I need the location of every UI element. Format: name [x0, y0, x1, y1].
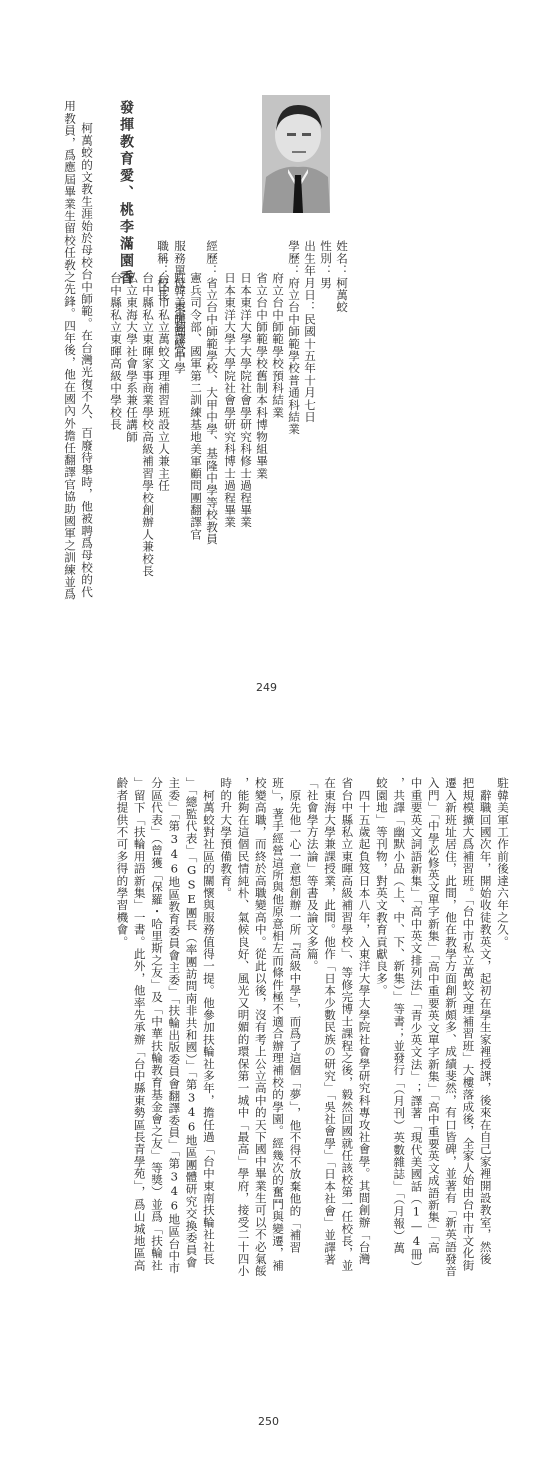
body-column: 入門」「中學必修英文單字新集」「高中重要英文單字新集」「高中重要英文成語新集」「… — [427, 777, 441, 1254]
body-column: 四十五歲起負笈日本八年，入東洋大學大學院社會學研究科專攻社會學。其間創辦「台灣 — [358, 777, 372, 1265]
body-column: 中重要英文詞語新集」「高中英文排列法」「青少英文法」；譯著「現代美國話（1—4冊… — [410, 777, 424, 1273]
body-column: 齡者提供不可多得的學習機會。 — [115, 777, 129, 948]
page-250: 駐韓美軍工作前後達六年之久。 辭職回國次年，開始收徒教英文，起初在學生家裡授課，… — [0, 737, 546, 1474]
profile-experience-line: 台中縣私立東暉高級中學校長 — [109, 272, 123, 431]
body-column: 柯萬蛟的文教生涯始於母校台中師範。在台灣光復不久、百廢待舉時，他被聘爲母校的代 — [80, 122, 94, 598]
profile-education-line: 府立台中師範學校預科結業 — [271, 272, 285, 418]
portrait-photo — [262, 95, 330, 213]
body-column: 遷入新班址居住，此間，他在教學方面創新頗多、成績斐然，有口皆碑，並著有「新英語發… — [444, 777, 458, 1277]
body-column: 原先他一心一意想創辦一所『高級中學』，而爲了這個「夢」，他不得不放棄他的「補習 — [288, 777, 302, 1253]
body-column: 辭職回國次年，開始收徒教英文，起初在學生家裡授課，後來在自己家裡開設教室，然後 — [479, 777, 493, 1265]
body-column: 校變高職，而終於高職變高中。從此以後，沒有考上公立高中的天下國中畢業生可以不必氣… — [254, 777, 268, 1277]
profile-title: 職稱：校長 — [156, 240, 170, 301]
profile-education-line: 日本東洋大學大學院社會學研究科修士過程畢業 — [239, 272, 253, 528]
profile-experience-line: 台中縣私立東暉家事商業學校高級補習學校創辦人兼校長 — [141, 272, 155, 577]
body-column: 用教員，爲應屆畢業生留校任敎之先鋒。四年後，他在國內外擔任翻譯官協助國軍之訓練並… — [63, 100, 77, 600]
body-column: 省台中縣私立東暉高級補習學校」、等修完博士課程之後，毅然回國就任該校第一任校長，… — [340, 777, 354, 1271]
body-column: ，共譯「幽默小品（上、中、下、新集）」等書；並發行「（月刊）英數雜誌」「（月報）… — [392, 777, 406, 1254]
body-column: 」留下「扶輪用語新集」一書。此外，他率先承辦「台中縣東勢區長青學苑」，爲山城地區… — [133, 777, 147, 1271]
body-column: 「社會學方法論」等書及論文多篇。 — [306, 777, 320, 972]
body-column: 把規模擴大爲補習班。「台中市私立萬蛟文理補習班」大樓落成後，全家人始由台中市文化… — [461, 777, 475, 1271]
page-249: 姓名：柯萬蛟 性別：男 出生年月日：民國十五年十月七日 學歷：府立台中師範學校普… — [0, 0, 546, 737]
body-column: 主委」「第346地區教育委員會主委」「扶輪出版委員會翻譯委員」「第346地區台中… — [167, 777, 181, 1274]
body-column: 柯萬蛟對社區的關懷與服務值得一提。他參加扶輪社多年，擔任過「台中東南扶輪社社長 — [202, 777, 216, 1265]
profile-unit: 服務單位：東暉高級中學 — [173, 240, 187, 374]
body-column: 駐韓美軍工作前後達六年之久。 — [496, 777, 510, 948]
profile-experience: 經歷：省立台中師範學校、大甲中學、基隆中學等校教員 — [205, 240, 219, 545]
body-column: 分區代表」（曾獲「保羅・哈里斯之友」及「中華扶輪教育基金會之友」等獎）並爲「扶輪… — [150, 777, 164, 1271]
body-column: 」「總監代表」「GSE團長（率團訪問南非共和國）」「第346地區團體研究交換委員… — [185, 777, 199, 1268]
profile-experience-line: 憲兵司令部、國軍第二訓練基地美軍顧問團翻譯官 — [189, 272, 203, 540]
profile-education-line: 日本東洋大學大學院社會學研究科博士過程畢業 — [223, 272, 237, 528]
profile-birth: 出生年月日：民國十五年十月七日 — [303, 240, 317, 423]
article-title: 發揮教育愛、桃李滿園香 — [116, 100, 136, 287]
page-number: 250 — [258, 1415, 279, 1428]
profile-education-line: 省立台中師範學校舊制本科博物組畢業 — [255, 272, 269, 479]
body-column: 蛟園地」等刊物，對英文教育貢獻良多。 — [375, 777, 389, 997]
body-column: 在東海大學兼課授業，此間。他作「日本少數民族の研究」「吳社會學」「日本社會」並譯… — [323, 777, 337, 1266]
profile-experience-line: 私立東海大學社會學系兼任講師 — [125, 272, 139, 443]
profile-education: 學歷：府立台中師範學校普通科結業 — [287, 240, 301, 435]
profile-gender: 性別：男 — [319, 240, 333, 289]
body-column: ，能夠在這個民情純朴、氣候良好、風光又明媚的環保第一城中「最高」學府，接受二十四… — [237, 777, 251, 1277]
profile-experience-line: 台中市私立萬蛟文理補習班設立人兼主任 — [157, 272, 171, 492]
body-column: 班」，著手經營這所與他原意相左而條件極不適合辦理補校的學園。經幾次的奮鬥與變遷，… — [271, 777, 285, 1271]
profile-name: 姓名：柯萬蛟 — [335, 240, 349, 313]
page-number: 249 — [256, 681, 277, 694]
body-column: 時的升大學預備教育。 — [219, 777, 233, 899]
